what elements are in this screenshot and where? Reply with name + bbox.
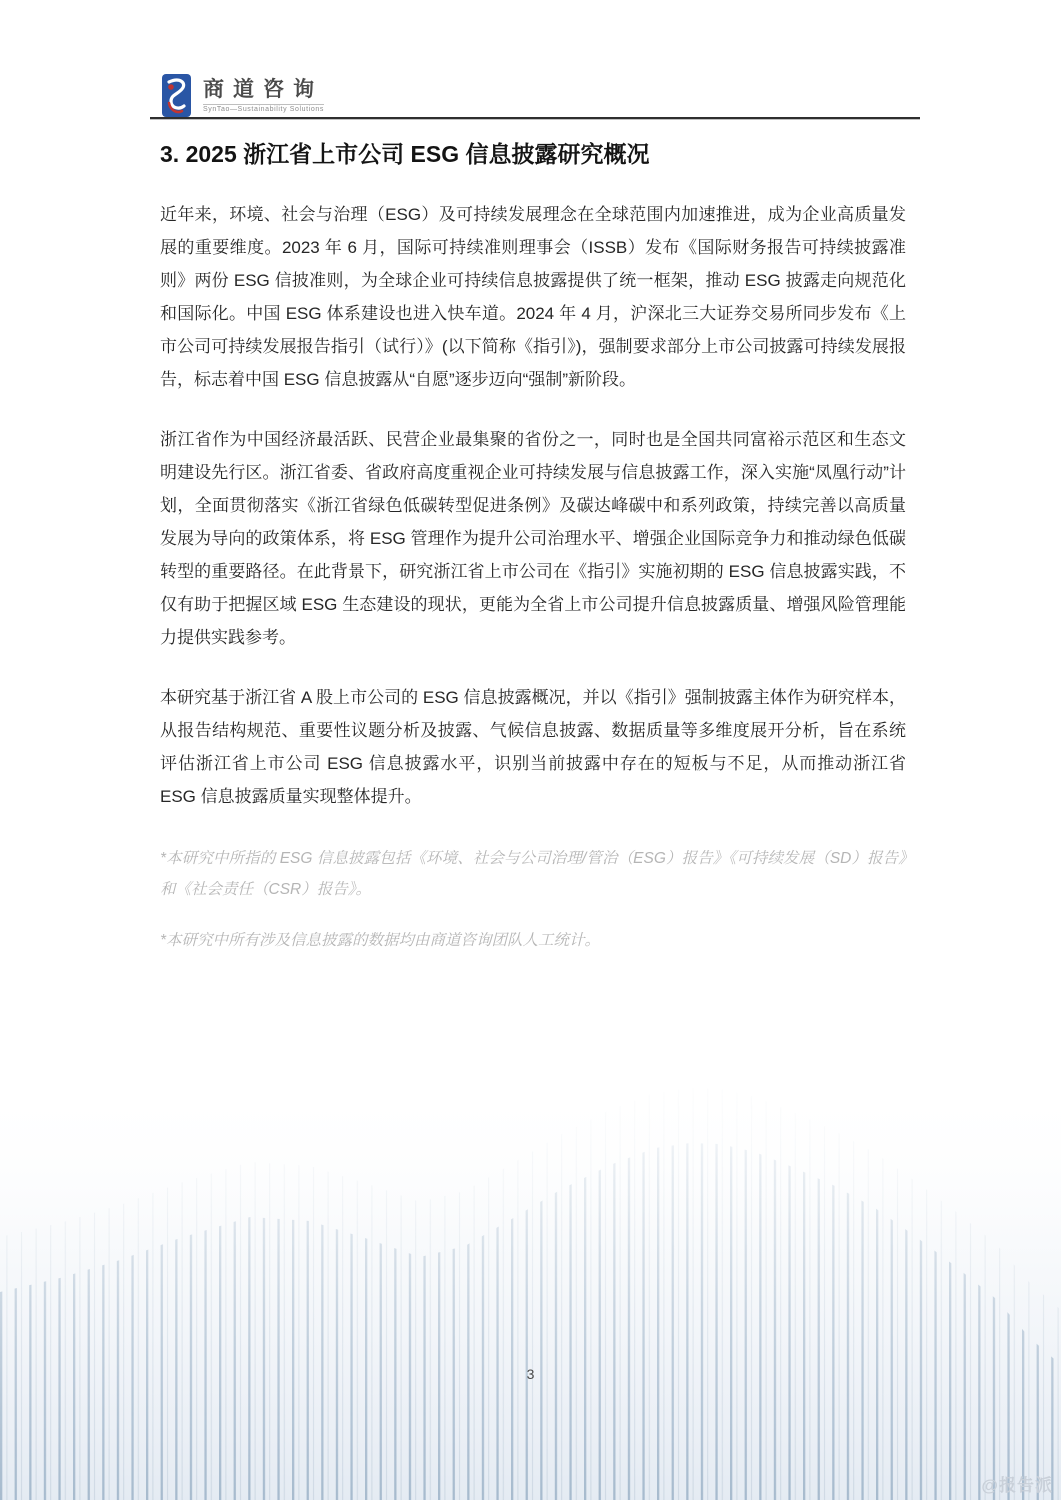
logo: 商道咨询 SynTao—Sustainability Solutions <box>162 74 324 117</box>
page-number: 3 <box>0 1366 1061 1382</box>
footnote-2: *本研究中所有涉及信息披露的数据均由商道咨询团队人工统计。 <box>160 925 906 956</box>
footer-wave-decoration <box>0 1080 1061 1500</box>
watermark: @报告派 <box>981 1471 1053 1496</box>
footnote-1: *本研究中所指的 ESG 信息披露包括《环境、社会与公司治理/管治（ESG）报告… <box>160 843 906 905</box>
article: 3. 2025 浙江省上市公司 ESG 信息披露研究概况 近年来，环境、社会与治… <box>160 138 906 976</box>
section-heading: 3. 2025 浙江省上市公司 ESG 信息披露研究概况 <box>160 138 906 170</box>
document-page: 商道咨询 SynTao—Sustainability Solutions 3. … <box>0 0 1061 1500</box>
logo-name: 商道咨询 <box>203 77 324 101</box>
header-divider <box>150 117 920 119</box>
wave-pattern-graphic <box>0 1080 1061 1500</box>
logo-text: 商道咨询 SynTao—Sustainability Solutions <box>203 74 324 113</box>
body-paragraph-2: 浙江省作为中国经济最活跃、民营企业最集聚的省份之一，同时也是全国共同富裕示范区和… <box>160 423 906 654</box>
logo-tagline: SynTao—Sustainability Solutions <box>203 104 324 113</box>
syntao-logo-icon <box>162 74 191 117</box>
body-paragraph-1: 近年来，环境、社会与治理（ESG）及可持续发展理念在全球范围内加速推进，成为企业… <box>160 198 906 396</box>
body-paragraph-3: 本研究基于浙江省 A 股上市公司的 ESG 信息披露概况，并以《指引》强制披露主… <box>160 681 906 813</box>
